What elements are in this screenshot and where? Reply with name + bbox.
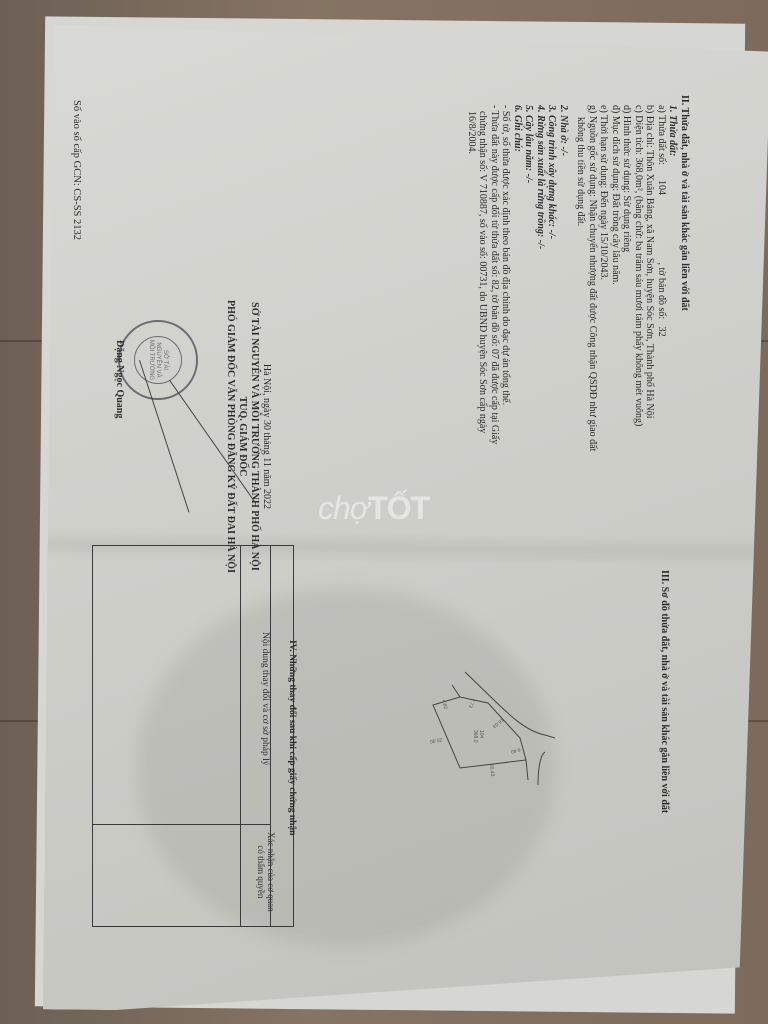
perennial-trees: 5. Cây lâu năm: -/- [523,95,535,451]
section4-title: IV. Những thay đổi sau khi cấp giấy chứn… [287,640,297,836]
chotot-watermark: chợTỐT [318,490,429,527]
use-term: e) Thời hạn sử dụng: Đến ngày 15/10/2043… [598,95,610,451]
note-2-cont: chứng nhận số: V 710887, số vào sổ: 0073… [477,95,489,451]
on-behalf: TUQ. GIÁM ĐỐC [236,300,248,573]
map-sheet-label: , tờ bản đồ số: [656,262,667,319]
official-stamp: SỞ TÀI NGUYÊN VÀ MÔI TRƯỜNG [118,320,198,400]
use-form: d) Hình thức sử dụng: Sử dụng riêng [621,95,633,451]
map-sheet-number: 32 [656,327,667,337]
house: 2. Nhà ở: -/- [558,95,570,451]
signer-position: PHÓ GIÁM ĐỐC VĂN PHÒNG ĐĂNG KÝ ĐẤT ĐAI H… [224,300,236,573]
notes-title: 6. Ghi chú: [512,95,524,451]
svg-text:20.90: 20.90 [429,736,443,744]
use-origin: g) Nguồn gốc sử dụng: Nhận chuyển nhượng… [587,95,599,451]
stamp-center: SỞ TÀI NGUYÊN VÀ MÔI TRƯỜNG [134,336,182,384]
signer-name: Đặng Ngọc Quang [114,340,125,418]
other-constructions: 3. Công trình xây dựng khác: -/- [546,95,558,451]
svg-text:368.0: 368.0 [472,730,478,743]
confirmation-column-header: Xác nhận của cơ quan có thẩm quyền [256,832,276,912]
section2-title: II. Thửa đất, nhà ở và tài sản khác gắn … [679,95,691,451]
parcel-number: 104 [656,180,667,195]
issuing-agency: SỞ TÀI NGUYÊN VÀ MÔI TRƯỜNG THÀNH PHỐ HÀ… [248,300,260,573]
address: b) Địa chỉ: Thôn Xuân Bảng, xã Nam Sơn, … [644,95,656,451]
use-purpose: đ) Mục đích sử dụng: Đất trồng cây lâu n… [610,95,622,451]
changes-column-header: Nội dung thay đổi và cơ sở pháp lý [260,632,270,766]
note-2: - Thửa đất này được cấp đổi từ thửa đất … [489,95,501,451]
svg-text:16.03: 16.03 [491,716,505,729]
svg-text:4.82: 4.82 [440,699,448,710]
parcel-number-label: a) Thửa đất số: [656,105,667,165]
section3-title: III. Sơ đồ thửa đất, nhà ở và tài sản kh… [659,570,670,813]
parcel-diagram: 7.7316.036.4020.4320.904.82104368.0 [420,660,620,860]
svg-text:20.43: 20.43 [488,764,495,777]
parcel-number-line: a) Thửa đất số: 104 , tờ bản đồ số: 32 [656,95,668,451]
planted-forest: 4. Rừng sản xuất là rừng trồng: -/- [535,95,547,451]
road-edge [465,672,555,738]
area: c) Diện tích: 368,0m², (bằng chữ: ba tră… [633,95,645,451]
note-2-date: 16/8/2004. [466,95,478,451]
registry-number: Số vào sổ cấp GCN: CS-SS 2132 [71,100,82,240]
svg-text:6.40: 6.40 [510,746,521,754]
note-1: - Số tờ, số thửa được xác định theo bản … [500,95,512,451]
place-date: Hà Nội, ngày 30 tháng 11 năm 2022 [260,300,272,573]
use-origin-cont: không thu tiền sử dụng đất. [575,95,587,451]
section-parcel-info: II. Thửa đất, nhà ở và tài sản khác gắn … [466,95,691,451]
road-edge [538,752,545,785]
parcel-subheading: 1. Thửa đất: [667,95,679,451]
signature-block: Hà Nội, ngày 30 tháng 11 năm 2022 SỞ TÀI… [224,300,272,573]
